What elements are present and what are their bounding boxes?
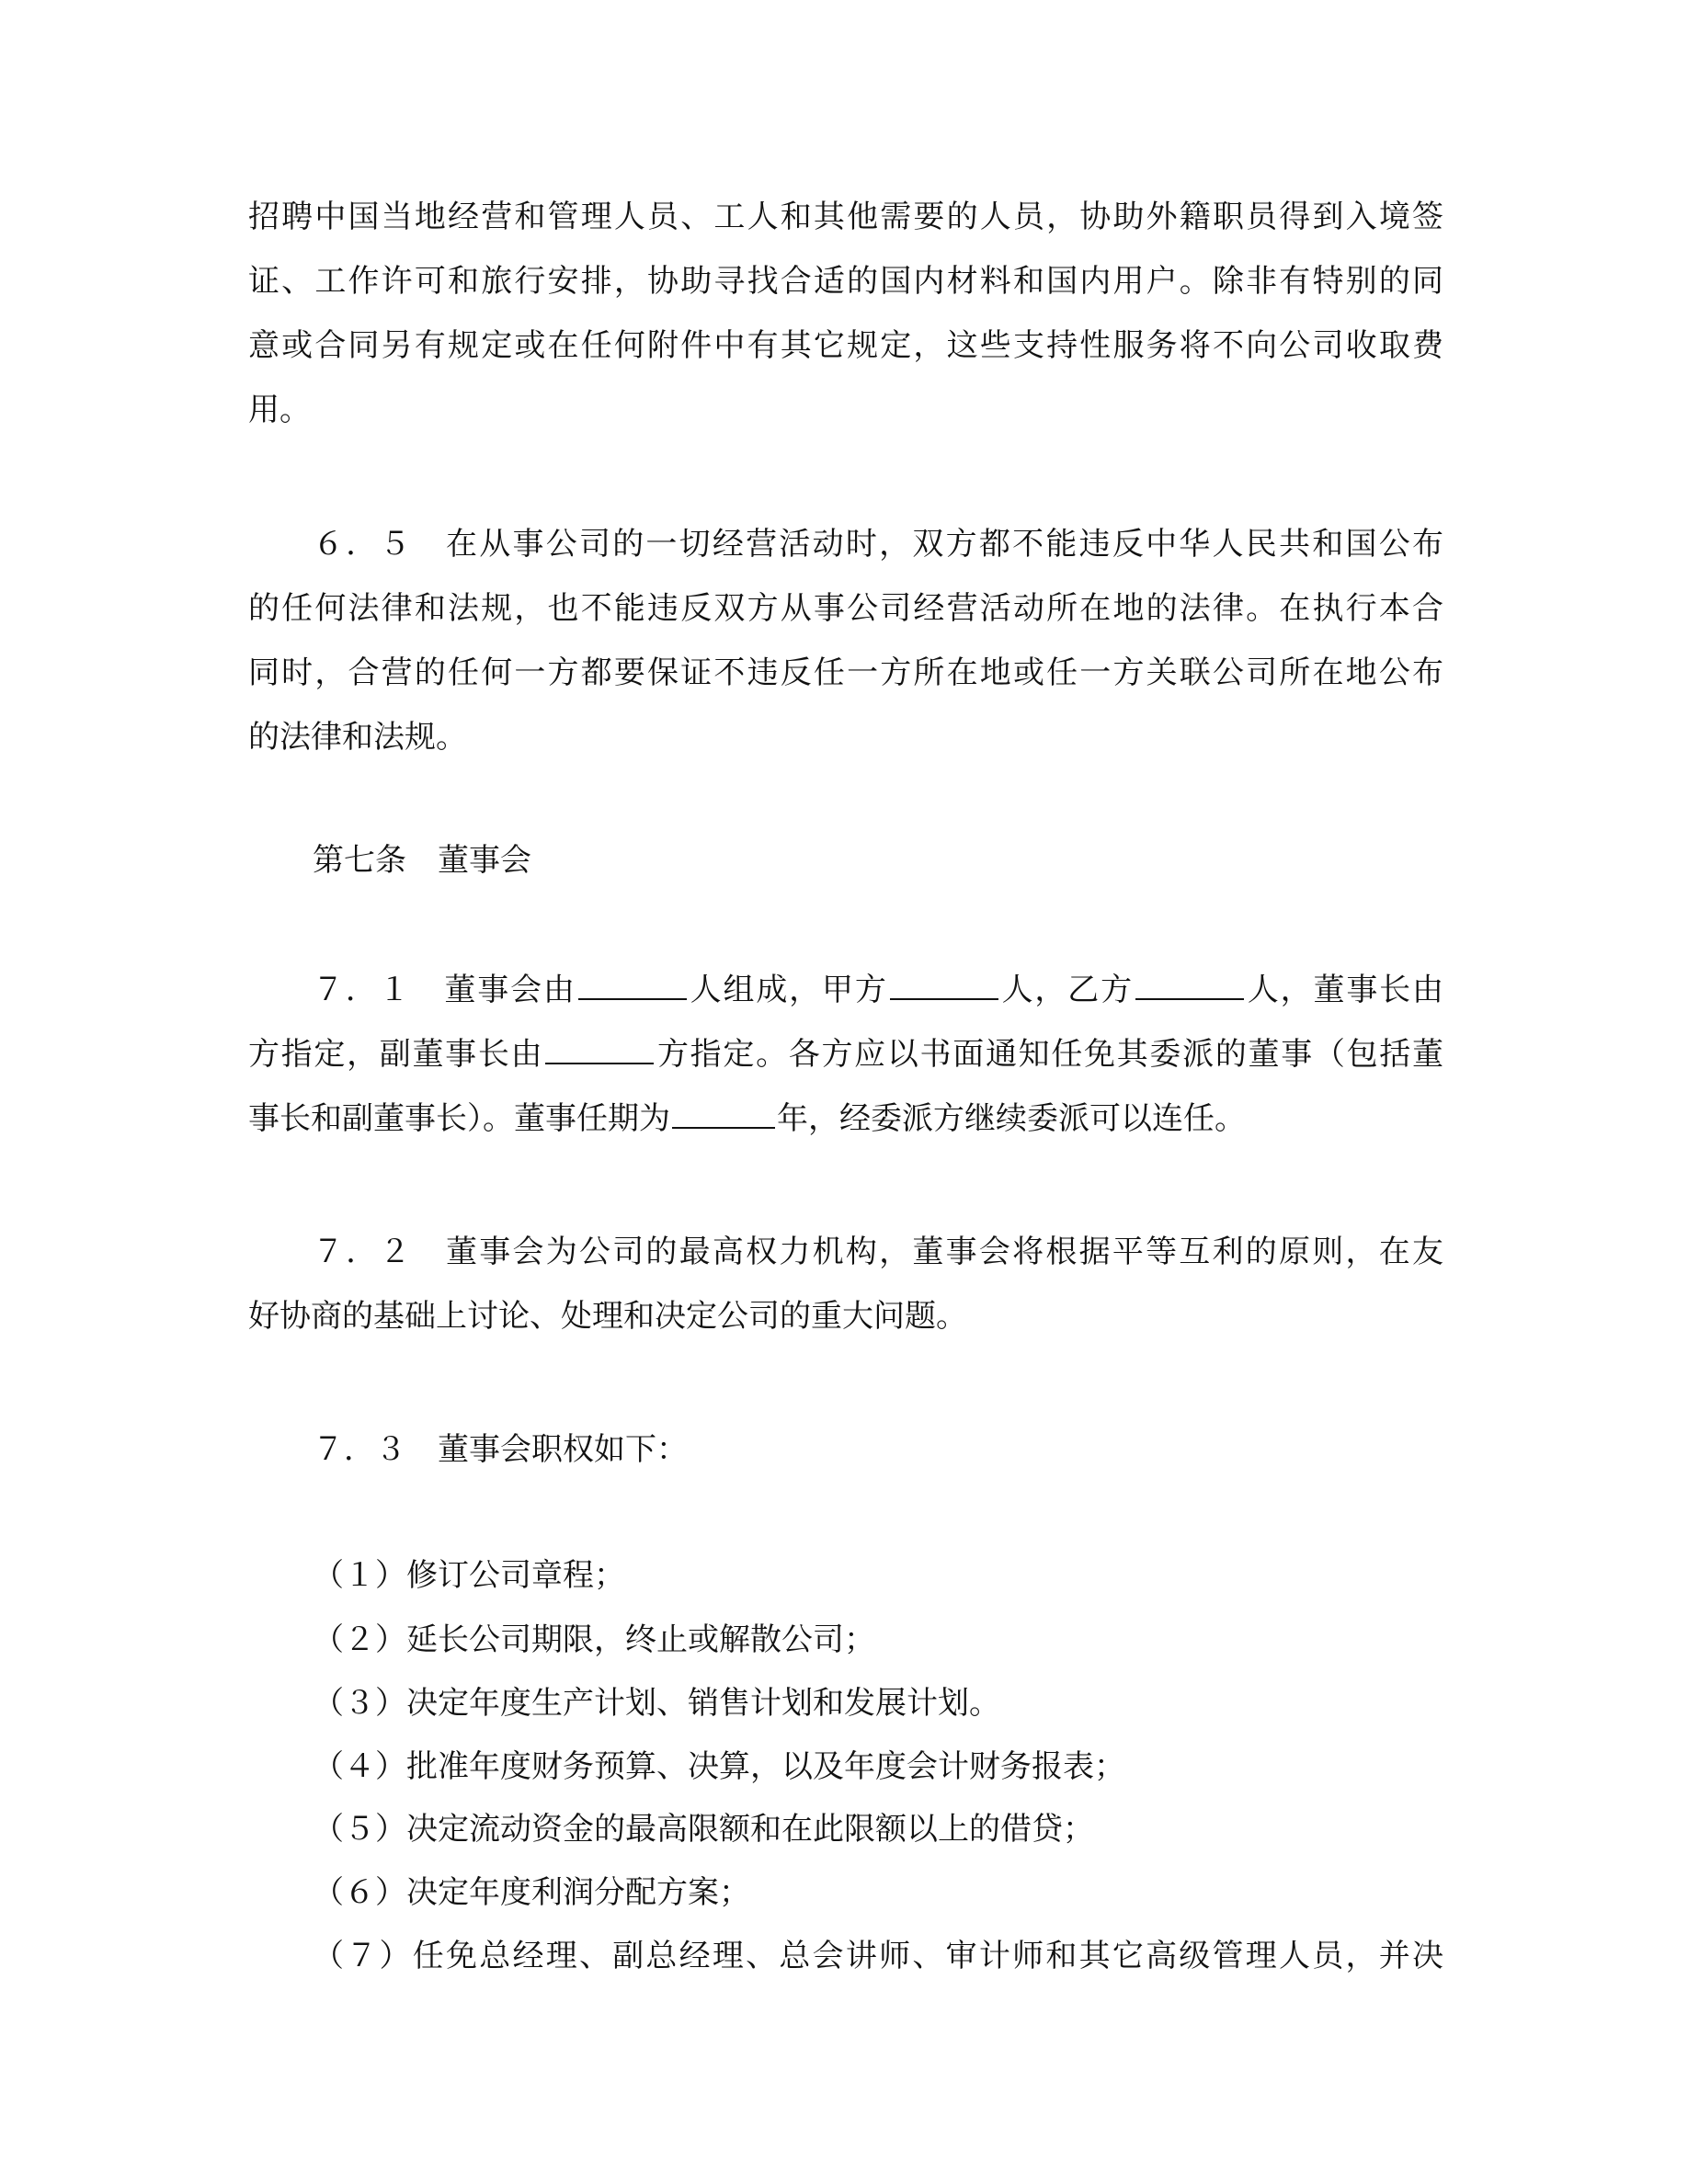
clause-text: 董事会职权如下：	[438, 1431, 688, 1468]
list-item: （４）批准年度财务预算、决算，以及年度会计财务报表；	[313, 1745, 1125, 1789]
list-item-label: （６）	[313, 1874, 406, 1911]
fill-in-blank-term-years[interactable]	[672, 1099, 775, 1129]
clause-text: 董事会由	[443, 972, 576, 1008]
clause-number: ６．５	[313, 526, 413, 563]
article-heading: 第七条 董事会	[313, 838, 531, 882]
paragraph-line: 招聘中国当地经营和管理人员、工人和其他需要的人员，协助外籍职员得到入境签	[248, 195, 1443, 239]
list-item-label: （２）	[313, 1621, 406, 1658]
clause-number: ７．２	[313, 1234, 413, 1270]
list-item: （３）决定年度生产计划、销售计划和发展计划。	[313, 1681, 1000, 1725]
clause-7-1-third-line: 事长和副董事长）。董事任期为年，经委派方继续委派可以连任。	[248, 1097, 1443, 1141]
paragraph-line: 用。	[248, 388, 1443, 432]
list-item: （７）任免总经理、副总经理、总会讲师、审计师和其它高级管理人员，并决	[313, 1934, 1443, 1978]
clause-text: 人，董事长由	[1246, 972, 1443, 1008]
list-item: （６）决定年度利润分配方案；	[313, 1871, 750, 1915]
list-item: （１）修订公司章程；	[313, 1553, 625, 1598]
clause-7-2-first-line: ７．２董事会为公司的最高权力机构，董事会将根据平等互利的原则，在友	[313, 1230, 1443, 1274]
clause-text: 年，经委派方继续委派可以连任。	[777, 1100, 1246, 1137]
list-item-text: 任免总经理、副总经理、总会讲师、审计师和其它高级管理人员，并决	[413, 1938, 1443, 1974]
fill-in-blank-party-a-directors[interactable]	[890, 971, 998, 1000]
clause-text: 方指定。各方应以书面通知任免其委派的董事（包括董	[656, 1036, 1443, 1073]
list-item-label: （５）	[313, 1811, 406, 1848]
clause-text: 人，乙方	[1000, 972, 1134, 1008]
list-item-label: （３）	[313, 1685, 406, 1722]
fill-in-blank-total-directors[interactable]	[578, 971, 687, 1000]
list-item-text: 决定年度利润分配方案；	[406, 1874, 750, 1911]
fill-in-blank-party-b-directors[interactable]	[1135, 971, 1244, 1000]
clause-text: 事长和副董事长）。董事任期为	[248, 1100, 670, 1137]
clause-7-3: ７．３董事会职权如下：	[313, 1428, 688, 1472]
list-item-text: 决定流动资金的最高限额和在此限额以上的借贷；	[406, 1811, 1094, 1848]
clause-text: 方指定，副董事长由	[248, 1036, 543, 1073]
paragraph-line: 证、工作许可和旅行安排，协助寻找合适的国内材料和国内用户。除非有特别的同	[248, 259, 1443, 303]
clause-text: 在从事公司的一切经营活动时，双方都不能违反中华人民共和国公布	[444, 526, 1443, 563]
list-item: （２）延长公司期限，终止或解散公司；	[313, 1618, 875, 1662]
list-item-text: 批准年度财务预算、决算，以及年度会计财务报表；	[406, 1748, 1125, 1785]
paragraph-line: 意或合同另有规定或在任何附件中有其它规定，这些支持性服务将不向公司收取费	[248, 324, 1443, 368]
document-page: 招聘中国当地经营和管理人员、工人和其他需要的人员，协助外籍职员得到入境签 证、工…	[0, 0, 1688, 2184]
paragraph-line: 的法律和法规。	[248, 715, 1443, 759]
clause-text: 董事会为公司的最高权力机构，董事会将根据平等互利的原则，在友	[444, 1234, 1443, 1270]
list-item-label: （４）	[313, 1748, 406, 1785]
clause-7-1-first-line: ７．１董事会由人组成，甲方人，乙方人，董事长由	[313, 968, 1443, 1012]
list-item-label: （１）	[313, 1557, 406, 1594]
paragraph-line: 好协商的基础上讨论、处理和决定公司的重大问题。	[248, 1294, 1443, 1338]
fill-in-blank-vice-chairman-party[interactable]	[545, 1035, 654, 1064]
paragraph-line: 同时，合营的任何一方都要保证不违反任一方所在地或任一方关联公司所在地公布	[248, 651, 1443, 695]
clause-text: 人组成，甲方	[689, 972, 888, 1008]
list-item-label: （７）	[313, 1938, 413, 1974]
list-item-text: 延长公司期限，终止或解散公司；	[406, 1621, 875, 1658]
list-item-text: 修订公司章程；	[406, 1557, 625, 1594]
list-item: （５）决定流动资金的最高限额和在此限额以上的借贷；	[313, 1807, 1094, 1851]
clause-number: ７．１	[313, 972, 412, 1008]
clause-number: ７．３	[313, 1431, 406, 1468]
paragraph-line: 的任何法律和法规，也不能违反双方从事公司经营活动所在地的法律。在执行本合	[248, 586, 1443, 631]
clause-6-5-first-line: ６．５在从事公司的一切经营活动时，双方都不能违反中华人民共和国公布	[313, 522, 1443, 566]
clause-7-1-second-line: 方指定，副董事长由方指定。各方应以书面通知任免其委派的董事（包括董	[248, 1032, 1443, 1076]
list-item-text: 决定年度生产计划、销售计划和发展计划。	[406, 1685, 1000, 1722]
